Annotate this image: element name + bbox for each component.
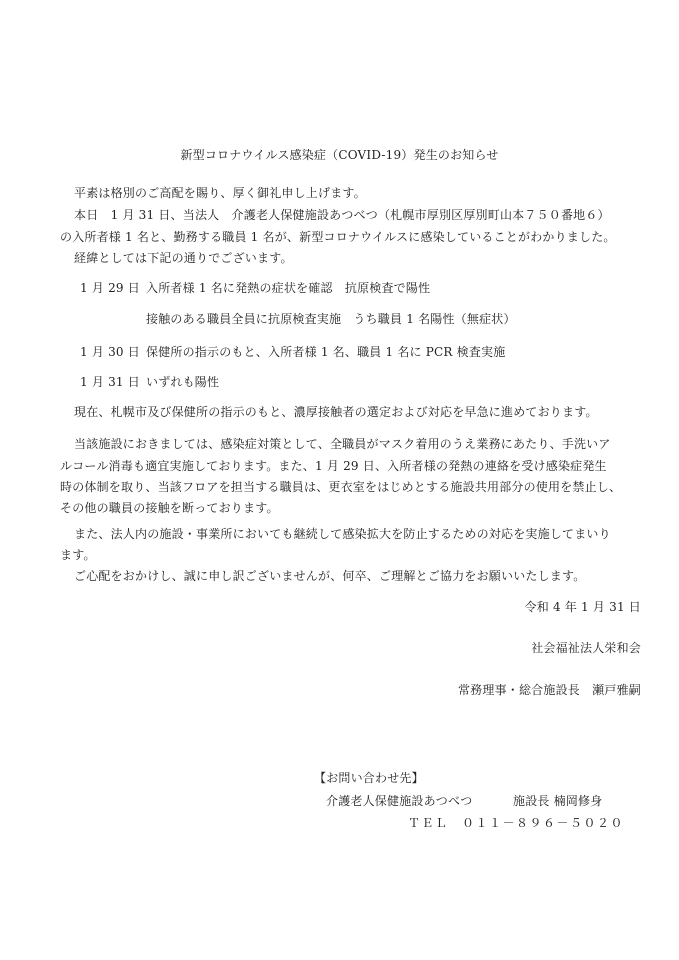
contact-tel: ＴＥＬ ０１１－８９６－５０２０ — [408, 815, 624, 831]
organization-name: 社会福祉法人栄和会 — [531, 640, 641, 656]
intro-line-1: 本日 1 月 31 日、当法人 介護老人保健施設あつべつ（札幌市厚別区厚別町山本… — [74, 207, 610, 223]
document-title: 新型コロナウイルス感染症（COVID-19）発生のお知らせ — [0, 147, 679, 163]
prevention-line-2: ます。 — [60, 547, 96, 563]
contact-manager: 施設長 楠岡修身 — [513, 793, 602, 809]
measures-line-1: 当該施設におきましては、感染症対策として、全職員がマスク着用のうえ業務にあたり、… — [74, 436, 611, 452]
measures-line-2: ルコール消毒も適宜実施しております。また、1 月 29 日、入所者様の発熱の連絡… — [60, 458, 607, 474]
current-status: 現在、札幌市及び保健所の指示のもと、濃厚接触者の選定および対応を早急に進めており… — [74, 404, 598, 420]
prevention-line-1: また、法人内の施設・事業所においても継続して感染拡大を防止するための対応を実施し… — [74, 526, 611, 542]
apology: ご心配をおかけし、誠に申し訳ございませんが、何卒、ご理解とご協力をお願いいたしま… — [74, 568, 585, 584]
timeline-text-3: 保健所の指示のもと、入所者様 1 名、職員 1 名に PCR 検査実施 — [146, 344, 505, 360]
timeline-date-1: 1 月 29 日 — [80, 280, 140, 296]
timeline-text-1: 入所者様 1 名に発熱の症状を確認 抗原検査で陽性 — [146, 280, 430, 296]
timeline-date-4: 1 月 31 日 — [80, 374, 140, 390]
measures-line-4: その他の職員の接触を断っております。 — [60, 500, 279, 516]
timeline-text-2: 接触のある職員全員に抗原検査実施 うち職員 1 名陽性（無症状） — [146, 311, 516, 327]
intro-line-2: の入所者様 1 名と、勤務する職員 1 名が、新型コロナウイルスに感染しているこ… — [60, 229, 616, 245]
timeline-text-4: いずれも陽性 — [146, 374, 219, 390]
measures-line-3: 時の体制を取り、当該フロアを担当する職員は、更衣室をはじめとする施設共用部分の使… — [60, 479, 621, 495]
document-date: 令和 4 年 1 月 31 日 — [525, 599, 641, 615]
contact-facility: 介護老人保健施設あつべつ — [326, 793, 472, 809]
greeting: 平素は格別のご高配を賜り、厚く御礼申し上げます。 — [74, 185, 366, 201]
signatory: 常務理事・総合施設長 瀬戸雅嗣 — [458, 682, 641, 698]
contact-heading: 【お問い合わせ先】 — [314, 770, 424, 786]
timeline-date-3: 1 月 30 日 — [80, 344, 140, 360]
intro-line-3: 経緯としては下記の通りでございます。 — [74, 250, 293, 266]
